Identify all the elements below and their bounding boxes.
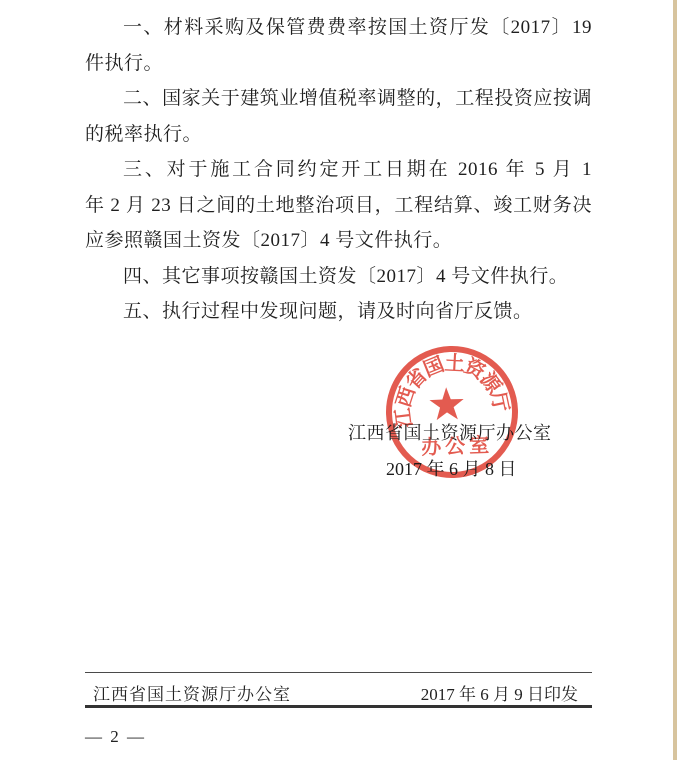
document-page: 一、材料采购及保管费费率按国土资厅发〔2017〕19 号文 件执行。 二、国家关…	[0, 0, 677, 760]
clause-3-line-3: 应参照赣国土资发〔2017〕4 号文件执行。	[85, 223, 592, 259]
footer-print-date: 2017 年 6 月 9 日印发	[421, 680, 592, 705]
footer-rule-top	[85, 672, 592, 673]
seal-arc-text: 江西省国土资源厅	[389, 348, 513, 429]
footer-issuing-office: 江西省国土资源厅办公室	[85, 680, 291, 705]
signature-office: 江西省国土资源厅办公室	[348, 419, 552, 445]
clause-1-line-1: 一、材料采购及保管费费率按国土资厅发〔2017〕19 号文	[85, 10, 592, 46]
page-number: — 2 —	[85, 727, 146, 747]
clause-3-line-2: 年 2 月 23 日之间的土地整治项目，工程结算、竣工财务决算时	[85, 188, 592, 224]
signature-date: 2017 年 6 月 8 日	[386, 455, 517, 481]
clause-2-line-1: 二、国家关于建筑业增值税率调整的，工程投资应按调整后	[85, 81, 592, 117]
clause-4-line-1: 四、其它事项按赣国土资发〔2017〕4 号文件执行。	[85, 259, 592, 295]
clause-2-line-2: 的税率执行。	[85, 117, 592, 153]
footer-row: 江西省国土资源厅办公室 2017 年 6 月 9 日印发	[85, 680, 592, 705]
clause-3-line-1: 三、对于施工合同约定开工日期在 2016 年 5 月 1 日-2017	[85, 152, 592, 188]
red-star-icon	[429, 387, 464, 421]
scan-edge-strip	[673, 0, 677, 760]
footer-rule-bottom	[85, 705, 592, 708]
clause-1-line-2: 件执行。	[85, 46, 592, 82]
document-body: 一、材料采购及保管费费率按国土资厅发〔2017〕19 号文 件执行。 二、国家关…	[85, 10, 592, 330]
